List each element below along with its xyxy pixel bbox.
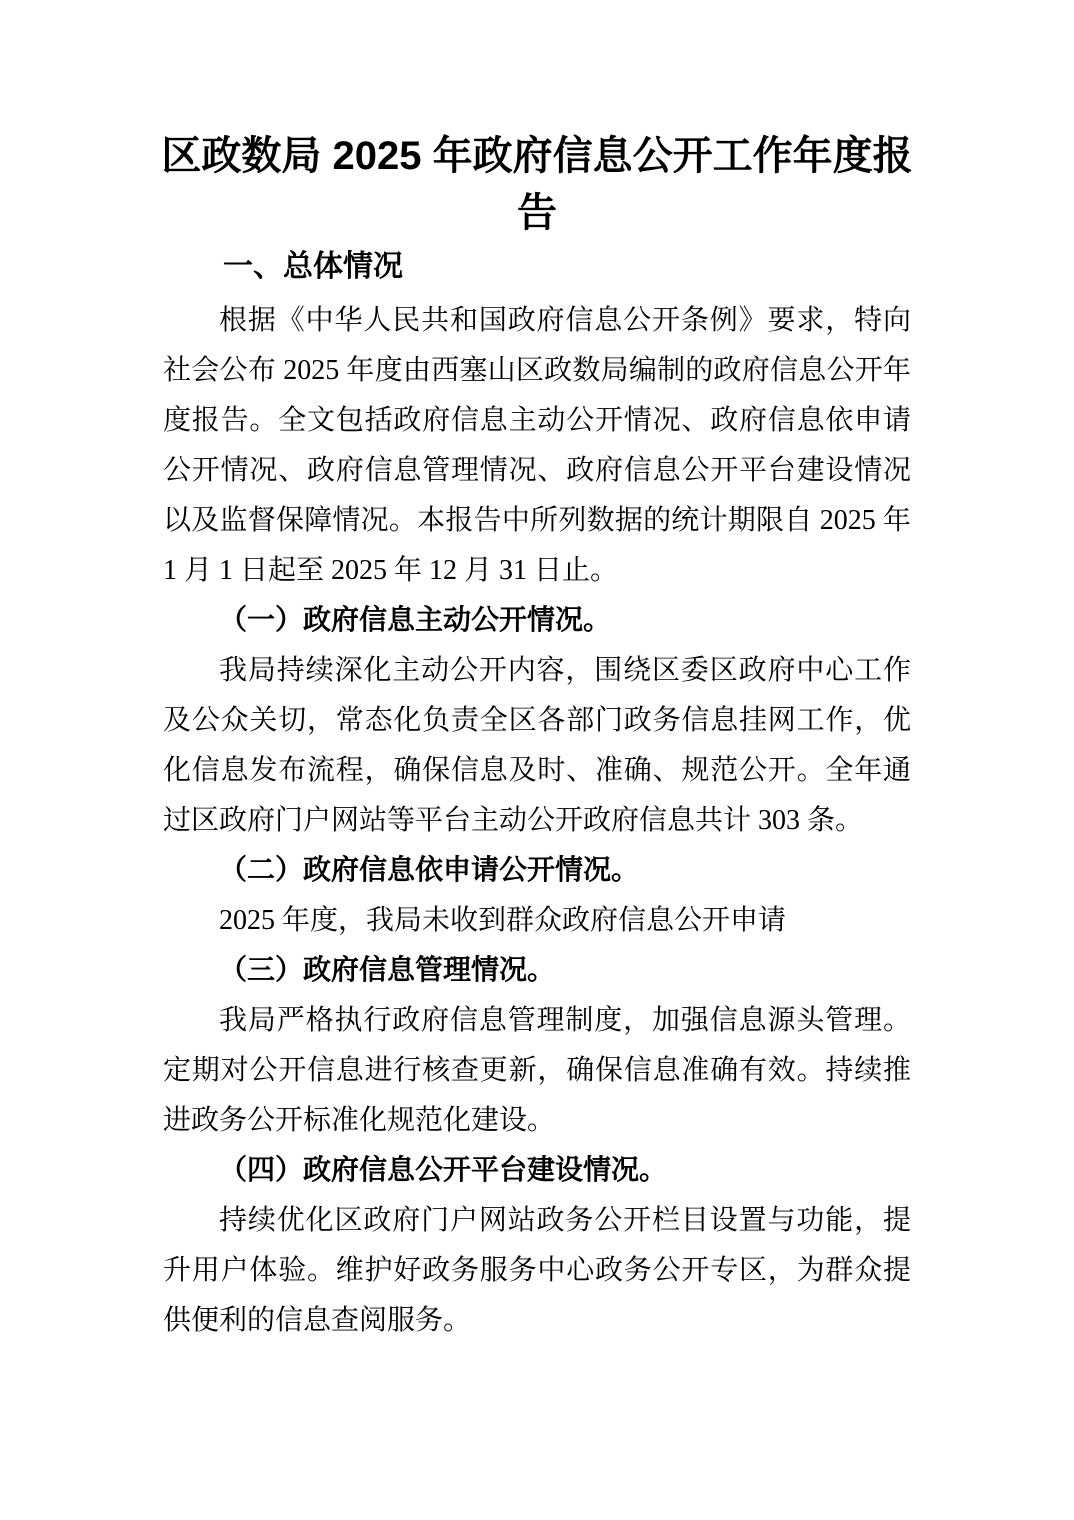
document-title: 区政数局 2025 年政府信息公开工作年度报告 [149, 128, 925, 242]
subsection-heading-platform-construction: （四）政府信息公开平台建设情况。 [163, 1146, 911, 1196]
document-page: 区政数局 2025 年政府信息公开工作年度报告 一、总体情况 根据《中华人民共和… [0, 0, 1074, 1520]
paragraph-overall-intro: 根据《中华人民共和国政府信息公开条例》要求，特向社会公布 2025 年度由西塞山… [163, 296, 911, 596]
subsection-heading-disclosure-upon-request: （二）政府信息依申请公开情况。 [163, 846, 911, 896]
paragraph-platform-construction: 持续优化区政府门户网站政务公开栏目设置与功能，提升用户体验。维护好政务服务中心政… [163, 1196, 911, 1346]
paragraph-information-management: 我局严格执行政府信息管理制度，加强信息源头管理。定期对公开信息进行核查更新，确保… [163, 996, 911, 1146]
section-heading-overall: 一、总体情况 [163, 242, 911, 292]
paragraph-disclosure-upon-request: 2025 年度，我局未收到群众政府信息公开申请 [163, 896, 911, 946]
subsection-heading-information-management: （三）政府信息管理情况。 [163, 946, 911, 996]
paragraph-proactive-disclosure: 我局持续深化主动公开内容，围绕区委区政府中心工作及公众关切，常态化负责全区各部门… [163, 646, 911, 846]
subsection-heading-proactive-disclosure: （一）政府信息主动公开情况。 [163, 596, 911, 646]
